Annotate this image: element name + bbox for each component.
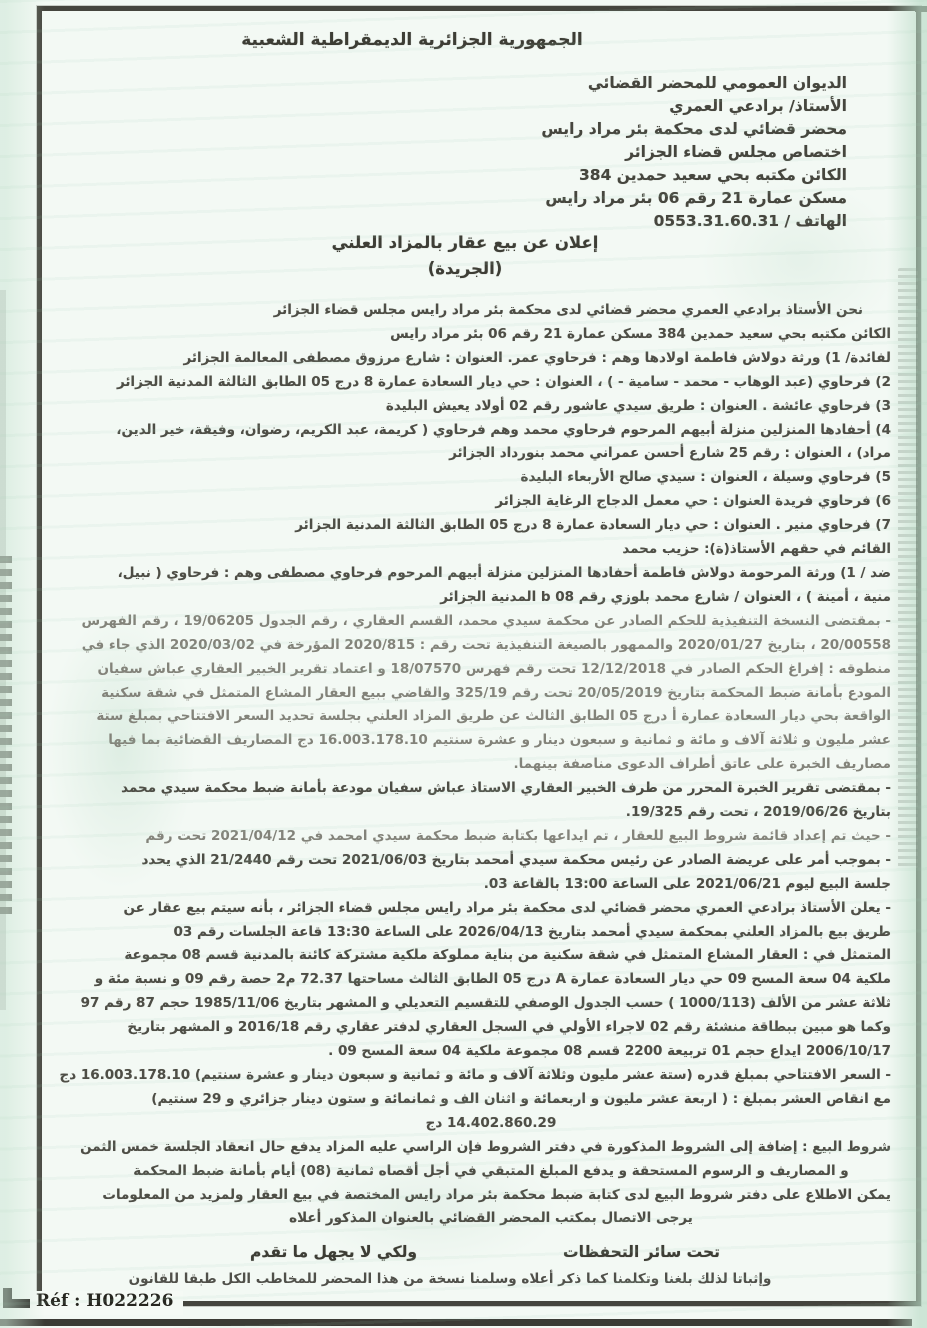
body-text-line: ملكية 04 سعة المسح 09 حي ديار السعادة عم… bbox=[91, 968, 891, 992]
body-text-line: عشر مليون و ثلاثة آلاف و مائة و ثمانية و… bbox=[91, 729, 891, 753]
office-info-line: الكائن مكتبه بحي سعيد حمدين 384 bbox=[377, 164, 847, 187]
corner-mark bbox=[3, 1288, 31, 1308]
body-text-line: 4) أحفادها المنزلين منزلة أبيهم المرحوم … bbox=[91, 419, 891, 443]
body-text-line: - بمقتضى النسخة التنفيذية للحكم الصادر ع… bbox=[91, 610, 891, 634]
body-text-line: 20/00558 ، بتاريخ 2020/01/27 والممهور با… bbox=[91, 634, 891, 658]
bailiff-office-block: الديوان العمومي للمحضر القضائيالأستاذ/ ب… bbox=[377, 72, 847, 233]
office-info-line: محضر قضائي لدى محكمة بئر مراد رايس bbox=[377, 118, 847, 141]
body-text-line: - بمقتضى تقرير الخبرة المحرر من طرف الخب… bbox=[91, 777, 891, 801]
reservations-note: تحت سائر التحفظات bbox=[563, 1243, 720, 1261]
announcement-body: نحن الأستاذ برادعي العمري محضر قضائي لدى… bbox=[91, 299, 891, 1231]
body-text-line: يرجى الاتصال بمكتب المحضر القضائي بالعنو… bbox=[91, 1207, 891, 1231]
body-text-line: - بموجب أمر على عريضة الصادر عن رئيس محك… bbox=[91, 849, 891, 873]
body-text-line: - السعر الافتتاحي بمبلغ قدره (ستة عشر مل… bbox=[91, 1064, 891, 1088]
body-text-line: منطوقه : إفراغ الحكم الصادر في 12/12/201… bbox=[91, 658, 891, 682]
office-info-line: الأستاذ/ برادعي العمري bbox=[377, 95, 847, 118]
body-text-line: - يعلن الأستاذ برادعي العمري محضر قضائي … bbox=[91, 897, 891, 921]
body-text-line: ثلاثة عشر من الألف (1000/113 ) حسب الجدو… bbox=[91, 992, 891, 1016]
legal-notice: ولكي لا يجهل ما تقدم bbox=[250, 1243, 417, 1261]
body-text-line: وكما هو مبين ببطاقة منشئة رقم 02 لاجراء … bbox=[91, 1016, 891, 1040]
body-text-line: 3) فرحاوي عائشة . العنوان : طريق سيدي عا… bbox=[91, 395, 891, 419]
body-text-line: مع انقاص العشر بمبلغ : ( اربعة عشر مليون… bbox=[91, 1088, 891, 1112]
body-text-line: المتمثل في : العقار المشاع المتمثل في شق… bbox=[91, 944, 891, 968]
body-text-line: مصاريف الخبرة على عاتق أطراف الدعوى مناص… bbox=[91, 753, 891, 777]
body-text-line: 6) فرحاوي فريدة العنوان : حي معمل الدجاج… bbox=[91, 490, 891, 514]
body-text-line: طريق بيع بالمزاد العلني بمحكمة سيدي أمحم… bbox=[91, 921, 891, 945]
body-text-line: ضد / 1) ورثة المرحومة دولاش فاطمة أحفاده… bbox=[91, 562, 891, 586]
body-text-line: المودع بأمانة ضبط المحكمة بتاريخ 20/05/2… bbox=[91, 682, 891, 706]
body-text-line: يمكن الاطلاع على دفتر شروط البيع لدى كتا… bbox=[91, 1184, 891, 1208]
body-text-line: لفائدة/ 1) ورثة دولاش فاطمة اولادها وهم … bbox=[91, 347, 891, 371]
announcement-heading: إعلان عن بيع عقار بالمزاد العلني (الجريد… bbox=[310, 230, 620, 282]
body-text-line: و المصاريف و الرسوم المستحقة و يدفع المب… bbox=[91, 1160, 891, 1184]
body-text-line: جلسة البيع ليوم 2021/06/21 على الساعة 13… bbox=[91, 873, 891, 897]
body-text-line: 7) فرحاوي منير . العنوان : حي ديار السعا… bbox=[91, 514, 891, 538]
body-text-line: بتاريخ 2019/06/26 ، تحت رقم 19/325. bbox=[91, 801, 891, 825]
announcement-subtitle: (الجريدة) bbox=[310, 256, 620, 282]
attestation-line: وإثباتا لذلك بلغنا وتكلمنا كما ذكر أعلاه… bbox=[80, 1271, 820, 1287]
document-page: الجمهورية الجزائرية الديمقراطية الشعبية … bbox=[0, 0, 927, 1328]
announcement-title: إعلان عن بيع عقار بالمزاد العلني bbox=[310, 230, 620, 256]
body-text-line: الواقعة بحي ديار السعادة عمارة أ درج 05 … bbox=[91, 705, 891, 729]
reference-label: Réf : H022226 bbox=[30, 1291, 183, 1315]
office-info-line: اختصاص مجلس قضاء الجزائر bbox=[377, 141, 847, 164]
body-text-line: منية ، أمينة ) ، العنوان / شارع محمد بلو… bbox=[91, 586, 891, 610]
office-info-line: الديوان العمومي للمحضر القضائي bbox=[377, 72, 847, 95]
body-text-line: الكائن مكتبه بحي سعيد حمدين 384 مسكن عما… bbox=[91, 323, 891, 347]
republic-title: الجمهورية الجزائرية الديمقراطية الشعبية bbox=[232, 30, 592, 50]
body-text-line: 5) فرحاوي وسيلة ، العنوان : سيدي صالح ال… bbox=[91, 466, 891, 490]
body-text-line: 2) فرحاوي (عبد الوهاب - محمد - سامية - )… bbox=[91, 371, 891, 395]
closing-formulas: تحت سائر التحفظات ولكي لا يجهل ما تقدم bbox=[250, 1243, 720, 1261]
body-text-line: 14.402.860.29 دج bbox=[91, 1112, 891, 1136]
office-info-line: مسكن عمارة 21 رقم 06 بئر مراد رايس bbox=[377, 187, 847, 210]
body-text-line: شروط البيع : إضافة إلى الشروط المذكورة ف… bbox=[91, 1136, 891, 1160]
body-text-line: نحن الأستاذ برادعي العمري محضر قضائي لدى… bbox=[91, 299, 891, 323]
body-text-line: 2006/10/17 ايداع حجم 01 تربيعة 2200 قسم … bbox=[91, 1040, 891, 1064]
body-text-line: مراد) ، العنوان : رقم 25 شارع أحسن عمران… bbox=[91, 442, 891, 466]
body-text-line: القائم في حقهم الأستاذ(ة): حزيب محمد bbox=[91, 538, 891, 562]
body-text-line: - حيث تم إعداد قائمة شروط البيع للعقار ،… bbox=[91, 825, 891, 849]
